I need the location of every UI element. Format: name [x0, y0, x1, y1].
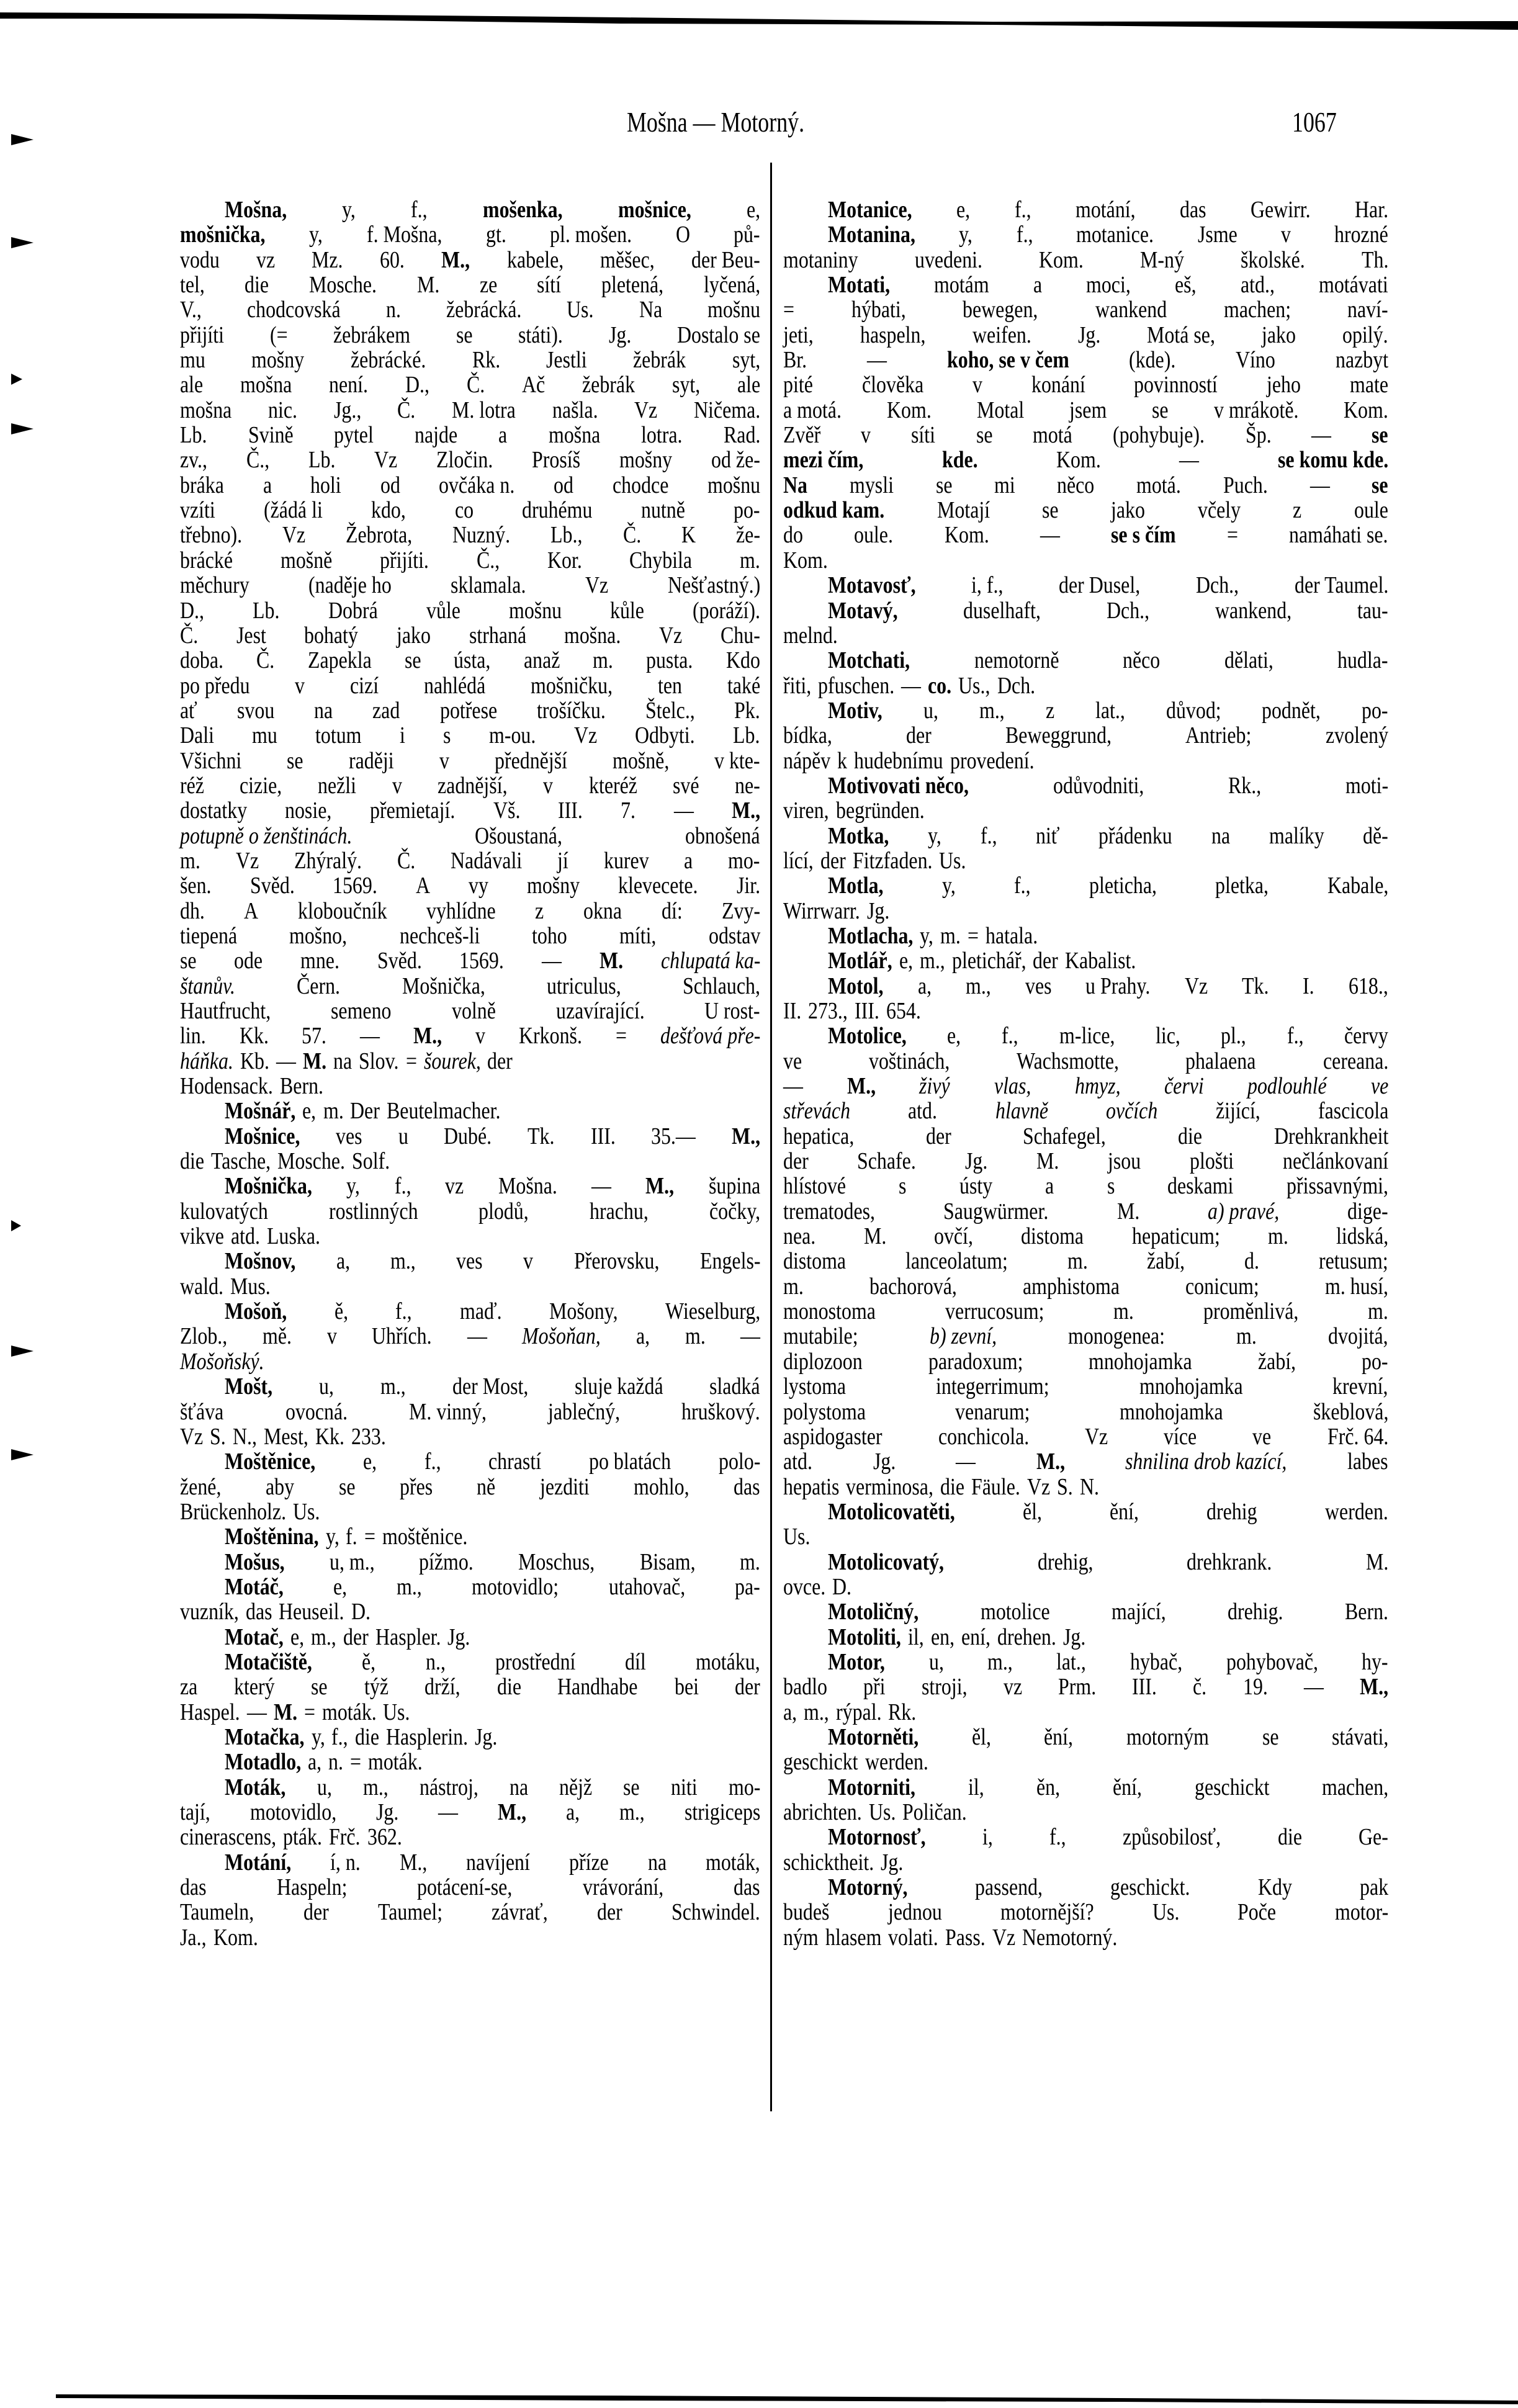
entry-line: Namysliseminěcomotá.Puch.—se — [783, 473, 1388, 498]
entry-text: y, — [920, 923, 931, 948]
entry-text: m., — [979, 698, 1000, 723]
entry-text: Kom. — [1056, 447, 1094, 472]
entry-text: nic. — [268, 398, 292, 423]
entry-text: Nešťastný.) — [668, 573, 745, 598]
entry-text: a, — [336, 1249, 348, 1274]
entry-text: m. — [1368, 1299, 1385, 1324]
italic-gloss: šourek, — [424, 1049, 472, 1074]
entry-line: Br.—koho, se v čem(kde).Vínonazbyt — [783, 348, 1388, 372]
entry-text: tají, — [180, 1800, 205, 1825]
entry-text: e, — [956, 197, 968, 222]
entry-line: vuzník,dasHeuseil.D. — [180, 1599, 760, 1624]
entry-first-line: Motka,y,f.,niťpřádenkunamalíkydě- — [783, 824, 1388, 848]
entry-text: šupina — [709, 1174, 752, 1198]
entry-line: Taumeln,derTaumel;závrať,derSchwindel. — [180, 1900, 760, 1925]
entry-line: monostomaverrucosum;m.proměnlivá,m. — [783, 1299, 1388, 1324]
dictionary-entry: Motiv,u,m.,zlat.,důvod;podnět,po-bídka,d… — [783, 698, 1388, 773]
italic-gloss: vlas, — [994, 1074, 1025, 1098]
entry-first-line: Motivovati něco,odůvodniti,Rk.,moti- — [783, 773, 1388, 798]
entry-text: der — [783, 1149, 804, 1174]
entry-text: m. — [740, 548, 757, 573]
bold-term: M. — [274, 1700, 294, 1725]
entry-text: jako — [1111, 498, 1139, 523]
entry-text: — — [1304, 1674, 1321, 1699]
dictionary-entry: Motchati,nemotorněněcodělati,hudla-řiti,… — [783, 648, 1388, 698]
entry-text: do — [783, 523, 800, 547]
entry-text: viren, — [783, 798, 822, 823]
entry-text: s — [443, 723, 449, 748]
entry-text: podnět, — [1262, 698, 1311, 723]
entry-text: Us. — [383, 1700, 406, 1725]
entry-text: míti, — [619, 923, 650, 948]
entry-text: Us., — [958, 673, 985, 698]
italic-gloss: Mošoňský. — [180, 1349, 251, 1374]
entry-text: Nuzný. — [452, 523, 501, 547]
entry-text: = — [1227, 523, 1236, 547]
headword: Motivovati něco, — [828, 773, 946, 798]
entry-text: po- — [1362, 1349, 1384, 1374]
entry-text: namáhati se. — [1289, 523, 1372, 547]
headword: Motorněti, — [828, 1725, 904, 1750]
bold-term: M. — [600, 948, 619, 973]
italic-gloss: ovčích — [1106, 1098, 1149, 1123]
entry-first-line: Motlář,e,m.,pletichář,derKabalist. — [783, 948, 1388, 973]
entry-text: der — [906, 723, 927, 748]
entry-text: m., — [619, 1800, 640, 1825]
entry-text: moták, — [706, 1850, 752, 1875]
entry-line: třebno).VzŽebrota,Nuzný.Lb.,Č.Kže- — [180, 523, 760, 547]
entry-text: pletená, — [601, 272, 653, 297]
entry-text: motaniny — [783, 248, 846, 272]
entry-text: (poráží). — [693, 598, 750, 623]
dictionary-entry: Motorný,passend,geschickt.Kdypakbudešjed… — [783, 1875, 1388, 1950]
entry-text: hatala. — [986, 923, 1030, 948]
entry-text: e, — [302, 1098, 314, 1123]
entry-text: die — [355, 1725, 375, 1750]
entry-text: f. Mošna, — [367, 222, 430, 247]
entry-first-line: Motornosť,i,f.,způsobilosť,dieGe- — [783, 1825, 1388, 1849]
dictionary-entry: Moštěnice,e,f.,chrastípo blatáchpolo-žen… — [180, 1449, 760, 1524]
entry-text: — — [276, 1049, 293, 1074]
entry-text: mnohojamka — [1139, 1374, 1226, 1399]
bold-term: mošenka, — [483, 197, 550, 222]
entry-text: bráka — [180, 473, 217, 498]
entry-text: nápěv — [783, 748, 823, 773]
entry-text: = — [304, 1700, 313, 1725]
entry-text: Č. — [256, 648, 272, 673]
entry-text: ve — [783, 1049, 799, 1074]
entry-text: se — [405, 648, 418, 673]
entry-text: Us. — [939, 848, 962, 873]
entry-text: krevní, — [1332, 1374, 1379, 1399]
entry-text: d. — [1244, 1249, 1257, 1274]
entry-text: — — [1179, 447, 1196, 472]
entry-line: háňka.Kb.—M.naSlov.=šourek,der — [180, 1049, 760, 1074]
entry-text: gt. — [486, 222, 503, 247]
entry-text: mo- — [729, 1775, 755, 1800]
entry-text: závrať, — [492, 1900, 539, 1925]
entry-text: Handhabe — [557, 1674, 625, 1699]
entry-text: jsem — [1069, 398, 1101, 423]
entry-line: zv.,Č.,Lb.VzZločin.Prosíšmošnyod že- — [180, 447, 760, 472]
entry-line: lin.Kk.57.—M.,vKrkonš.=dešťová pře- — [180, 1023, 760, 1048]
entry-text: die — [245, 272, 265, 297]
entry-text: das — [180, 1875, 202, 1900]
entry-text: konání — [1031, 372, 1077, 397]
entry-text: opilý. — [1342, 323, 1381, 348]
entry-text: Schwindel. — [671, 1900, 746, 1925]
entry-text: mošny — [251, 348, 296, 372]
entry-text: atd. — [231, 1224, 255, 1249]
entry-text: begründen. — [836, 798, 910, 823]
entry-text: — — [1040, 523, 1057, 547]
scan-edge-top — [0, 0, 1518, 37]
entry-text: m., — [390, 1249, 411, 1274]
entry-text: (naděje ho — [308, 573, 378, 598]
entry-line: šen.Svěd.1569.Avymošnyklevecete.Jir. — [180, 873, 760, 898]
headword: Motadlo, — [225, 1750, 289, 1774]
entry-text: Čern. — [297, 974, 333, 999]
entry-text: kdo, — [371, 498, 400, 523]
entry-text: kteréž — [589, 773, 629, 798]
entry-text: 362. — [367, 1825, 397, 1849]
entry-text: se — [936, 473, 950, 498]
entry-first-line: Motadlo,a,n.=moták. — [180, 1750, 760, 1774]
entry-text: vrávorání, — [583, 1875, 650, 1900]
entry-text: vz — [1004, 1674, 1019, 1699]
entry-text: a — [684, 848, 691, 873]
headword: Motavý, — [828, 598, 887, 623]
entry-text: mošno, — [289, 923, 338, 948]
entry-text: Jest — [236, 623, 261, 648]
entry-text: č. — [1193, 1674, 1205, 1699]
entry-text: mošna — [549, 423, 592, 447]
entry-text: pa- — [735, 1575, 756, 1599]
entry-text: — — [740, 1324, 757, 1349]
entry-text: jako — [397, 623, 425, 648]
entry-text: motám — [934, 272, 980, 297]
entry-text: žebrák — [633, 348, 677, 372]
entry-text: z — [1046, 698, 1053, 723]
entry-text: m. — [740, 1550, 757, 1575]
page-number: 1067 — [1292, 106, 1337, 138]
entry-text: motanice. — [1076, 222, 1141, 247]
entry-text: m., — [397, 1575, 418, 1599]
italic-gloss: hlavně — [995, 1098, 1040, 1123]
entry-text: Č., — [246, 447, 266, 472]
entry-text: Lb. — [180, 423, 202, 447]
entry-line: VzS.N.,Mest,Kk.233. — [180, 1424, 760, 1449]
entry-text: 57. — [302, 1023, 323, 1048]
entry-text: 654. — [886, 999, 915, 1023]
entry-text: mošny — [619, 447, 664, 472]
bold-term: kde. — [942, 447, 972, 472]
entry-text: das — [246, 1599, 268, 1624]
entry-text: klevecete. — [618, 873, 685, 898]
entry-text: der — [735, 1674, 756, 1699]
entry-text: i, — [982, 1825, 991, 1849]
headword: Motiv, — [828, 698, 874, 723]
dictionary-entry: Motol,a,m.,vesu Prahy.VzTk.I.618.,II.273… — [783, 974, 1388, 1024]
entry-text: bohatý — [304, 623, 349, 648]
entry-text: nahlédá — [424, 673, 475, 698]
entry-text: syt, — [672, 372, 696, 397]
entry-text: — — [674, 798, 691, 823]
entry-text: Gewirr. — [1251, 197, 1301, 222]
entry-text: verrucosum; — [945, 1299, 1028, 1324]
entry-text: Motají — [937, 498, 981, 523]
entry-line: Všichniseradějivpřednějšímošně,v kte- — [180, 748, 760, 773]
entry-text: se — [339, 1475, 353, 1499]
italic-gloss: b) zevní, — [930, 1324, 986, 1349]
headword: Motorný, — [828, 1875, 895, 1900]
entry-text: Všichni — [180, 748, 231, 773]
entry-text: žijící, — [1216, 1098, 1253, 1123]
headword: Motoliti, — [828, 1625, 889, 1650]
entry-text: mošně, — [613, 748, 660, 773]
entry-line: měchury(naděje hosklamala.VzNešťastný.) — [180, 573, 760, 598]
entry-text: paradoxum; — [928, 1349, 1008, 1374]
entry-text: Motal — [977, 398, 1017, 423]
entry-text: y, — [942, 873, 953, 898]
entry-line: zakterýsetýždrží,dieHandhabebeider — [180, 1674, 760, 1699]
entry-text: mohlo, — [634, 1475, 680, 1499]
entry-text: Lb., — [550, 523, 577, 547]
entry-first-line: Mošna,y,f.,mošenka,mošnice,e, — [180, 197, 760, 222]
entry-first-line: Mošoň,ě,f.,maď.Mošony,Wieselburg, — [180, 1299, 760, 1324]
entry-text: provedení. — [950, 748, 1021, 773]
entry-text: pusta. — [646, 648, 685, 673]
entry-line: hlístovésústyasdeskamipřissavnými, — [783, 1174, 1388, 1198]
entry-text: m., — [987, 1650, 1008, 1674]
entry-text: Mest, — [264, 1424, 301, 1449]
entry-text: Wirrwarr. — [783, 899, 848, 923]
headword: Moták, — [225, 1775, 276, 1800]
entry-text: Drehkrankheit — [1274, 1124, 1370, 1149]
entry-text: Jg. — [867, 899, 886, 923]
entry-text: vikve — [180, 1224, 217, 1249]
entry-text: Zlob., — [180, 1324, 220, 1349]
dictionary-entry: Motor,u,m.,lat.,hybač,pohybovač,hy-badlo… — [783, 1650, 1388, 1725]
entry-text: f., — [395, 1299, 409, 1324]
entry-text: pížmo. — [419, 1550, 465, 1575]
entry-text: v — [972, 372, 981, 397]
entry-text: (žádá li — [264, 498, 313, 523]
entry-line: tel,dieMosche.M.zesítípletená,lyčená, — [180, 272, 760, 297]
bold-term: M., — [1360, 1674, 1384, 1699]
entry-text: verminosa, — [846, 1475, 919, 1499]
entry-text: hrozné — [1334, 222, 1380, 247]
entry-text: kabele, — [507, 248, 555, 272]
entry-text: ě, — [362, 1650, 374, 1674]
entry-text: zv., — [180, 447, 203, 472]
entry-text: dí: — [662, 899, 679, 923]
entry-text: die — [1278, 1825, 1298, 1849]
entry-text: mošnu — [509, 598, 554, 623]
entry-text: m. — [180, 848, 197, 873]
entry-first-line: Motiv,u,m.,zlat.,důvod;podnět,po- — [783, 698, 1388, 723]
entry-text: najde — [415, 423, 451, 447]
entry-text: hybač, — [1130, 1650, 1174, 1674]
entry-text: něco — [1057, 473, 1089, 498]
bold-term: se s čím — [1111, 523, 1165, 547]
entry-line: atd.Jg.—M.,shnilina drob kazící,labes — [783, 1449, 1388, 1474]
entry-text: D., — [405, 372, 426, 397]
entry-line: kulovatýchrostlinnýchplodů,hrachu,čočky, — [180, 1199, 760, 1224]
entry-text: pták. — [283, 1825, 316, 1849]
entry-line: Zvěřvsítisemotá(pohybuje).Šp.—se — [783, 423, 1388, 447]
entry-text: v — [327, 1324, 335, 1349]
entry-text: — — [867, 348, 884, 372]
entry-text: žebrákem — [333, 323, 398, 348]
entry-text: dostatky — [180, 798, 236, 823]
entry-text: pletka, — [1215, 873, 1260, 898]
italic-gloss: štanův. — [180, 974, 227, 999]
entry-text: der — [820, 848, 842, 873]
entry-text: jednou — [888, 1900, 933, 1925]
entry-first-line: Motání,í, n.M.,navíjenípřízenamoták, — [180, 1850, 760, 1875]
entry-first-line: Motlacha,y,m.=hatala. — [783, 923, 1388, 948]
bold-term: co. — [928, 673, 948, 698]
entry-text: Č. — [397, 398, 413, 423]
entry-line: tají,motovidlo,Jg.—M.,a,m.,strigiceps — [180, 1800, 760, 1825]
entry-text: hrachu, — [590, 1199, 639, 1224]
entry-text: se — [976, 423, 990, 447]
entry-text: Č. — [397, 848, 413, 873]
entry-text: moták. — [322, 1700, 368, 1725]
entry-text: jako — [1262, 323, 1290, 348]
entry-line: mumošnyžebrácké.Rk.Jestližebráksyt, — [180, 348, 760, 372]
headword: Motavosť, — [828, 573, 902, 598]
entry-line: réžcizie,nežlivzadnější,vkteréžsvéne- — [180, 773, 760, 798]
entry-text: Ja., — [180, 1925, 202, 1950]
entry-text: n. — [386, 297, 398, 322]
bold-term: se — [1372, 473, 1385, 498]
entry-line: brákaaholiodovčáka n.odchodcemošnu — [180, 473, 760, 498]
dictionary-entry: Mošnář,e,m.DerBeutelmacher. — [180, 1098, 760, 1123]
entry-text: Lb. — [253, 598, 275, 623]
entry-text: Solf. — [352, 1149, 384, 1174]
entry-text: drehkrank. — [1187, 1550, 1258, 1575]
entry-text: a, — [918, 974, 930, 999]
entry-text: f., — [411, 197, 424, 222]
entry-text: nečlánkovaní — [1283, 1149, 1372, 1174]
entry-text: rýpal. — [836, 1700, 874, 1725]
entry-line: vevoštinách,Wachsmotte,phalaenacereana. — [783, 1049, 1388, 1074]
entry-text: Us. — [869, 1800, 892, 1825]
entry-text: a — [1045, 1174, 1053, 1198]
entry-text: utahovač, — [609, 1575, 673, 1599]
entry-text: geschickt — [1195, 1775, 1257, 1800]
entry-text: III. — [591, 1124, 611, 1149]
entry-text: Krkonš. — [519, 1023, 572, 1048]
entry-text: = — [783, 297, 793, 322]
entry-line: dasHaspeln;potácení-se,vrávorání,das — [180, 1875, 760, 1900]
bold-term: koho, se v čem — [947, 348, 1049, 372]
bold-term: se — [1372, 423, 1385, 447]
running-title: Mošna — Motorný. — [627, 106, 804, 138]
dictionary-entry: Mošna,y,f.,mošenka,mošnice,e,mošnička,y,… — [180, 197, 760, 1098]
entry-line: m.VzZhýralý.Č.Nadávalijíkurevamo- — [180, 848, 760, 873]
entry-text: u, — [923, 698, 936, 723]
bold-term: M., — [498, 1800, 522, 1825]
entry-line: Lb.Sviněpytelnajdeamošnalotra.Rad. — [180, 423, 760, 447]
entry-text: u — [398, 1124, 406, 1149]
entry-text: nějž — [559, 1775, 587, 1800]
headword: Motolicovatěti, — [828, 1499, 935, 1524]
entry-text: Jg., — [334, 398, 357, 423]
entry-text: m-ou. — [489, 723, 528, 748]
entry-line: aťsvounazadpotřesetrošíčku.Štelc.,Pk. — [180, 698, 760, 723]
entry-text: distoma — [783, 1249, 836, 1274]
entry-text: se — [311, 1674, 325, 1699]
entry-text: anaž — [524, 648, 554, 673]
entry-text: Vz — [659, 623, 678, 648]
entry-text: sklamala. — [451, 573, 514, 598]
dictionary-entry: Motanice,e,f.,motání,dasGewirr.Har. — [783, 197, 1388, 222]
entry-text: der Most, — [452, 1374, 516, 1399]
entry-line: D.,Lb.Dobrávůlemošnukůle(poráží). — [180, 598, 760, 623]
entry-text: m. — [593, 648, 610, 673]
entry-text: stroji, — [922, 1674, 960, 1699]
bold-term: mošnička, — [180, 222, 251, 247]
right-column: Motanice,e,f.,motání,dasGewirr.Har.Motan… — [783, 197, 1388, 1950]
entry-line: Us. — [783, 1524, 1388, 1549]
entry-text: í, n. — [330, 1850, 356, 1875]
entry-text: mo- — [728, 848, 755, 873]
entry-text: der — [343, 1625, 364, 1650]
entry-text: 1569. — [459, 948, 496, 973]
entry-text: polystoma — [783, 1399, 853, 1424]
entry-first-line: Motor,u,m.,lat.,hybač,pohybovač,hy- — [783, 1650, 1388, 1674]
entry-text: die — [940, 1475, 961, 1499]
entry-text: se — [456, 323, 470, 348]
italic-gloss: dešťová pře- — [660, 1023, 745, 1048]
entry-text: na — [314, 698, 330, 723]
entry-text: odstav — [709, 923, 752, 948]
entry-text: Přerovsku, — [574, 1249, 645, 1274]
entry-text: das — [734, 1475, 756, 1499]
bold-term: mezi čím, — [783, 447, 851, 472]
dictionary-entry: Motavosť,i, f.,der Dusel,Dch.,der Taumel… — [783, 573, 1388, 598]
entry-text: ves — [336, 1124, 358, 1149]
entry-text: žebrák — [582, 372, 626, 397]
headword: Motka, — [828, 824, 879, 848]
entry-text: žabí, — [1147, 1249, 1179, 1274]
entry-text: Motá se, — [1147, 323, 1204, 348]
entry-text: = — [968, 923, 977, 948]
entry-text: sítí — [537, 272, 557, 297]
entry-text: Luska. — [267, 1224, 312, 1249]
dictionary-entry: Mošnov,a,m.,vesvPřerovsku,Engels-wald.Mu… — [180, 1249, 760, 1299]
headword: Motolicovatý, — [828, 1550, 925, 1575]
entry-text: lanceolatum; — [905, 1249, 991, 1274]
entry-text: II. — [783, 999, 799, 1023]
entry-text: mající, — [1112, 1599, 1157, 1624]
entry-text: Vz — [236, 848, 255, 873]
entry-text: Kom. — [213, 1925, 251, 1950]
entry-text: Moschus, — [518, 1550, 583, 1575]
entry-text: f., — [331, 1725, 345, 1750]
entry-text: m. husí, — [1325, 1274, 1378, 1299]
entry-text: y, — [342, 197, 353, 222]
bold-term: M., — [732, 1124, 756, 1149]
headword: Motla, — [828, 873, 874, 898]
entry-text: měšec, — [600, 248, 646, 272]
entry-text: člověka — [862, 372, 914, 397]
entry-text: Zvěř — [783, 423, 815, 447]
entry-text: 273., — [808, 999, 842, 1023]
